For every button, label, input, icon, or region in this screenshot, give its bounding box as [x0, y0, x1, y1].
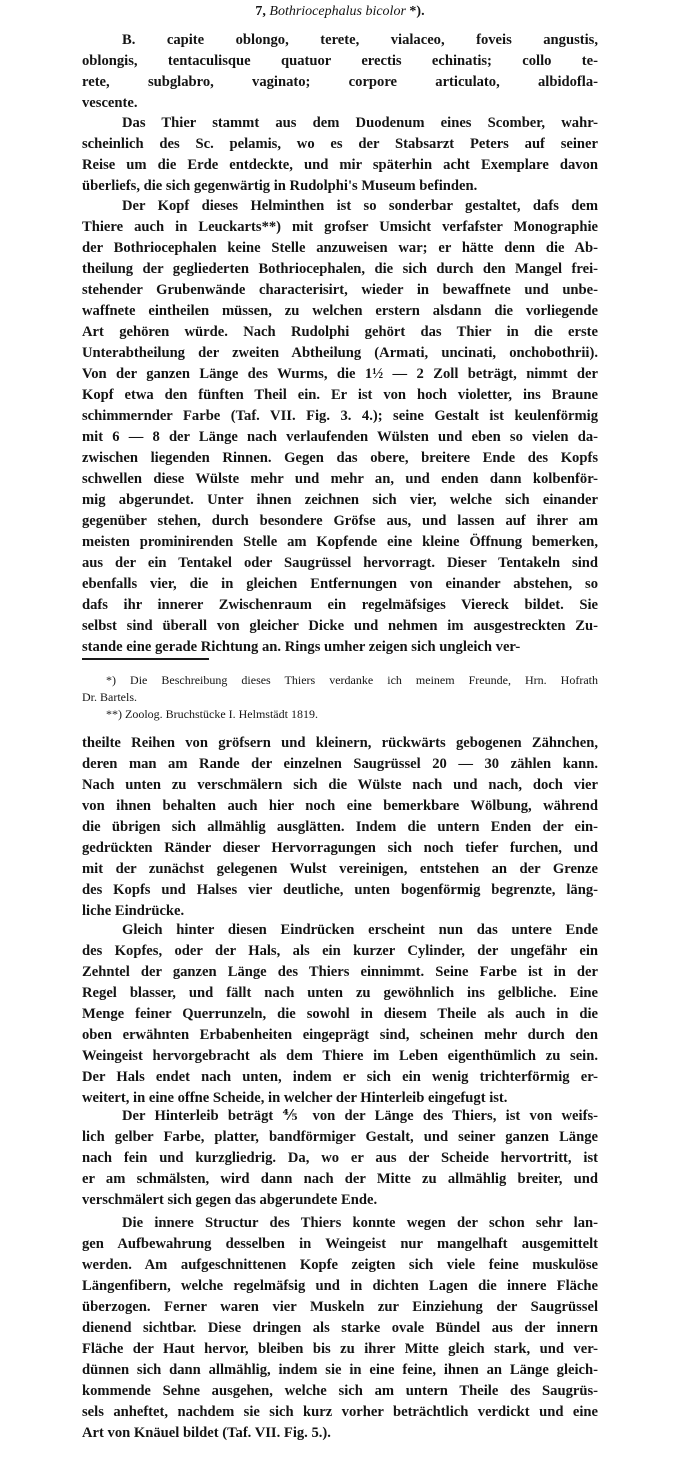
- text-line: des Kopfs und Halses vier deutliche, unt…: [82, 880, 598, 901]
- text-line: kommende Sehne ausgehen, welche sich am …: [82, 1381, 598, 1402]
- text-line: überliefs, die sich gegenwärtig in Rudol…: [82, 176, 598, 197]
- text-line: zwischen liegenden Rinnen. Gegen das obe…: [82, 448, 598, 469]
- text-line: scheinlich des Sc. pelamis, wo es der St…: [82, 134, 598, 155]
- text-line: von ihnen behalten auch hier noch eine b…: [82, 796, 598, 817]
- text-line: B. capite oblongo, terete, vialaceo, fov…: [122, 30, 598, 51]
- footnote-line: *) Die Beschreibung dieses Thiers verdan…: [106, 672, 598, 688]
- text-line: der Bothriocephalen keine Stelle anzuwei…: [82, 238, 598, 259]
- text-line: deren man am Rande der einzelnen Saugrüs…: [82, 754, 598, 775]
- text-line: mit 6 — 8 der Länge nach verlaufenden Wü…: [82, 427, 598, 448]
- text-line: überzogen. Ferner waren vier Muskeln zur…: [82, 1297, 598, 1318]
- text-line: stehender Grubenwände characterisirt, wi…: [82, 280, 598, 301]
- text-line: schimmernder Farbe (Taf. VII. Fig. 3. 4.…: [82, 406, 598, 427]
- text-line: Thiere auch in Leuckarts**) mit grofser …: [82, 217, 598, 238]
- text-line: Der Kopf dieses Helminthen ist so sonder…: [122, 196, 598, 217]
- text-line: vescente.: [82, 93, 598, 114]
- text-line: mit der zunächst gelegenen Wulst vereini…: [82, 859, 598, 880]
- text-line: aus der ein Tentakel oder Saugrüssel her…: [82, 553, 598, 574]
- text-line: Menge feiner Querrunzeln, die sowohl in …: [82, 1004, 598, 1025]
- text-line: Nach unten zu verschmälern sich die Wüls…: [82, 775, 598, 796]
- text-line: schwellen diese Wülste mehr und mehr an,…: [82, 469, 598, 490]
- text-line: theilte Reihen von gröfsern und kleinern…: [82, 733, 598, 754]
- text-line: Unterabtheilung der zweiten Abtheilung (…: [82, 343, 598, 364]
- text-line: oblongis, tentaculisque quatuor erectis …: [82, 51, 598, 72]
- text-line: theilung der gegliederten Bothriocephale…: [82, 259, 598, 280]
- footnote-rule: [82, 658, 209, 660]
- footnote-line: **) Zoolog. Bruchstücke I. Helmstädt 181…: [106, 706, 598, 722]
- text-line: Der Hals endet nach unten, indem er sich…: [82, 1067, 598, 1088]
- footnote-ref: *).: [409, 4, 424, 19]
- species-title: Bothriocephalus bicolor: [269, 4, 406, 19]
- text-line: Reise um die Erde entdeckte, und mir spä…: [82, 155, 598, 176]
- text-line: Art von Knäuel bildet (Taf. VII. Fig. 5.…: [82, 1423, 598, 1444]
- text-line: gegenüber stehen, durch besondere Gröfse…: [82, 511, 598, 532]
- text-line: Zehntel der ganzen Länge des Thiers einn…: [82, 962, 598, 983]
- text-line: waffnete eintheilen müssen, zu welchen e…: [82, 301, 598, 322]
- text-line: verschmälert sich gegen das abgerundete …: [82, 1190, 598, 1211]
- text-line: Kopf etwa den fünften Theil ein. Er ist …: [82, 385, 598, 406]
- text-line: er am schmälsten, wird dann nach der Mit…: [82, 1169, 598, 1190]
- text-line: werden. Am aufgeschnittenen Kopfe zeigte…: [82, 1255, 598, 1276]
- text-line: nach fein und kurzgliedrig. Da, wo er au…: [82, 1148, 598, 1169]
- text-line: selbst sind überall von gleicher Dicke u…: [82, 616, 598, 637]
- footnote-line: Dr. Bartels.: [82, 689, 598, 705]
- text-line: Von der ganzen Länge des Wurms, die 1½ —…: [82, 364, 598, 385]
- text-line: stande eine gerade Richtung an. Rings um…: [82, 637, 598, 658]
- text-line: Fläche der Haut hervor, bleiben bis zu i…: [82, 1339, 598, 1360]
- text-line: dafs ihr innerer Zwischenraum ein regelm…: [82, 595, 598, 616]
- text-line: sels anheftet, nachdem sie sich kurz vor…: [82, 1402, 598, 1423]
- text-line: Die innere Structur des Thiers konnte we…: [122, 1213, 598, 1234]
- text-line: gen Aufbewahrung desselben in Weingeist …: [82, 1234, 598, 1255]
- text-line: Regel blasser, und fällt nach unten zu g…: [82, 983, 598, 1004]
- text-line: dünnen sich dann allmählig, indem sie in…: [82, 1360, 598, 1381]
- text-line: Das Thier stammt aus dem Duodenum eines …: [122, 113, 598, 134]
- text-line: dienend sichtbar. Diese dringen als star…: [82, 1318, 598, 1339]
- text-line: lich gelber Farbe, platter, bandförmiger…: [82, 1127, 598, 1148]
- text-line: Gleich hinter diesen Eindrücken erschein…: [122, 920, 598, 941]
- text-line: oben erwähnten Erbabenheiten eingeprägt …: [82, 1025, 598, 1046]
- section-number: 7,: [255, 4, 266, 19]
- text-line: die übrigen sich allmählig ausglätten. I…: [82, 817, 598, 838]
- text-line: gedrückten Ränder dieser Hervorragungen …: [82, 838, 598, 859]
- text-line: liche Eindrücke.: [82, 901, 598, 922]
- text-line: Art gehören würde. Nach Rudolphi gehört …: [82, 322, 598, 343]
- text-line: mig abgerundet. Unter ihnen zeichnen sic…: [82, 490, 598, 511]
- text-line: meisten prominirenden Stelle am Kopfende…: [82, 532, 598, 553]
- section-heading: 7, Bothriocephalus bicolor *).: [82, 4, 598, 20]
- text-line: Der Hinterleib beträgt ⅘ von der Länge d…: [122, 1106, 598, 1127]
- text-line: Weingeist hervorgebracht als dem Thiere …: [82, 1046, 598, 1067]
- text-line: rete, subglabro, vaginato; corpore artic…: [82, 72, 598, 93]
- text-line: ebenfalls vier, die in gleichen Entfernu…: [82, 574, 598, 595]
- text-line: Längenfibern, welche regelmäfsig und in …: [82, 1276, 598, 1297]
- text-line: des Kopfes, oder der Hals, als ein kurze…: [82, 941, 598, 962]
